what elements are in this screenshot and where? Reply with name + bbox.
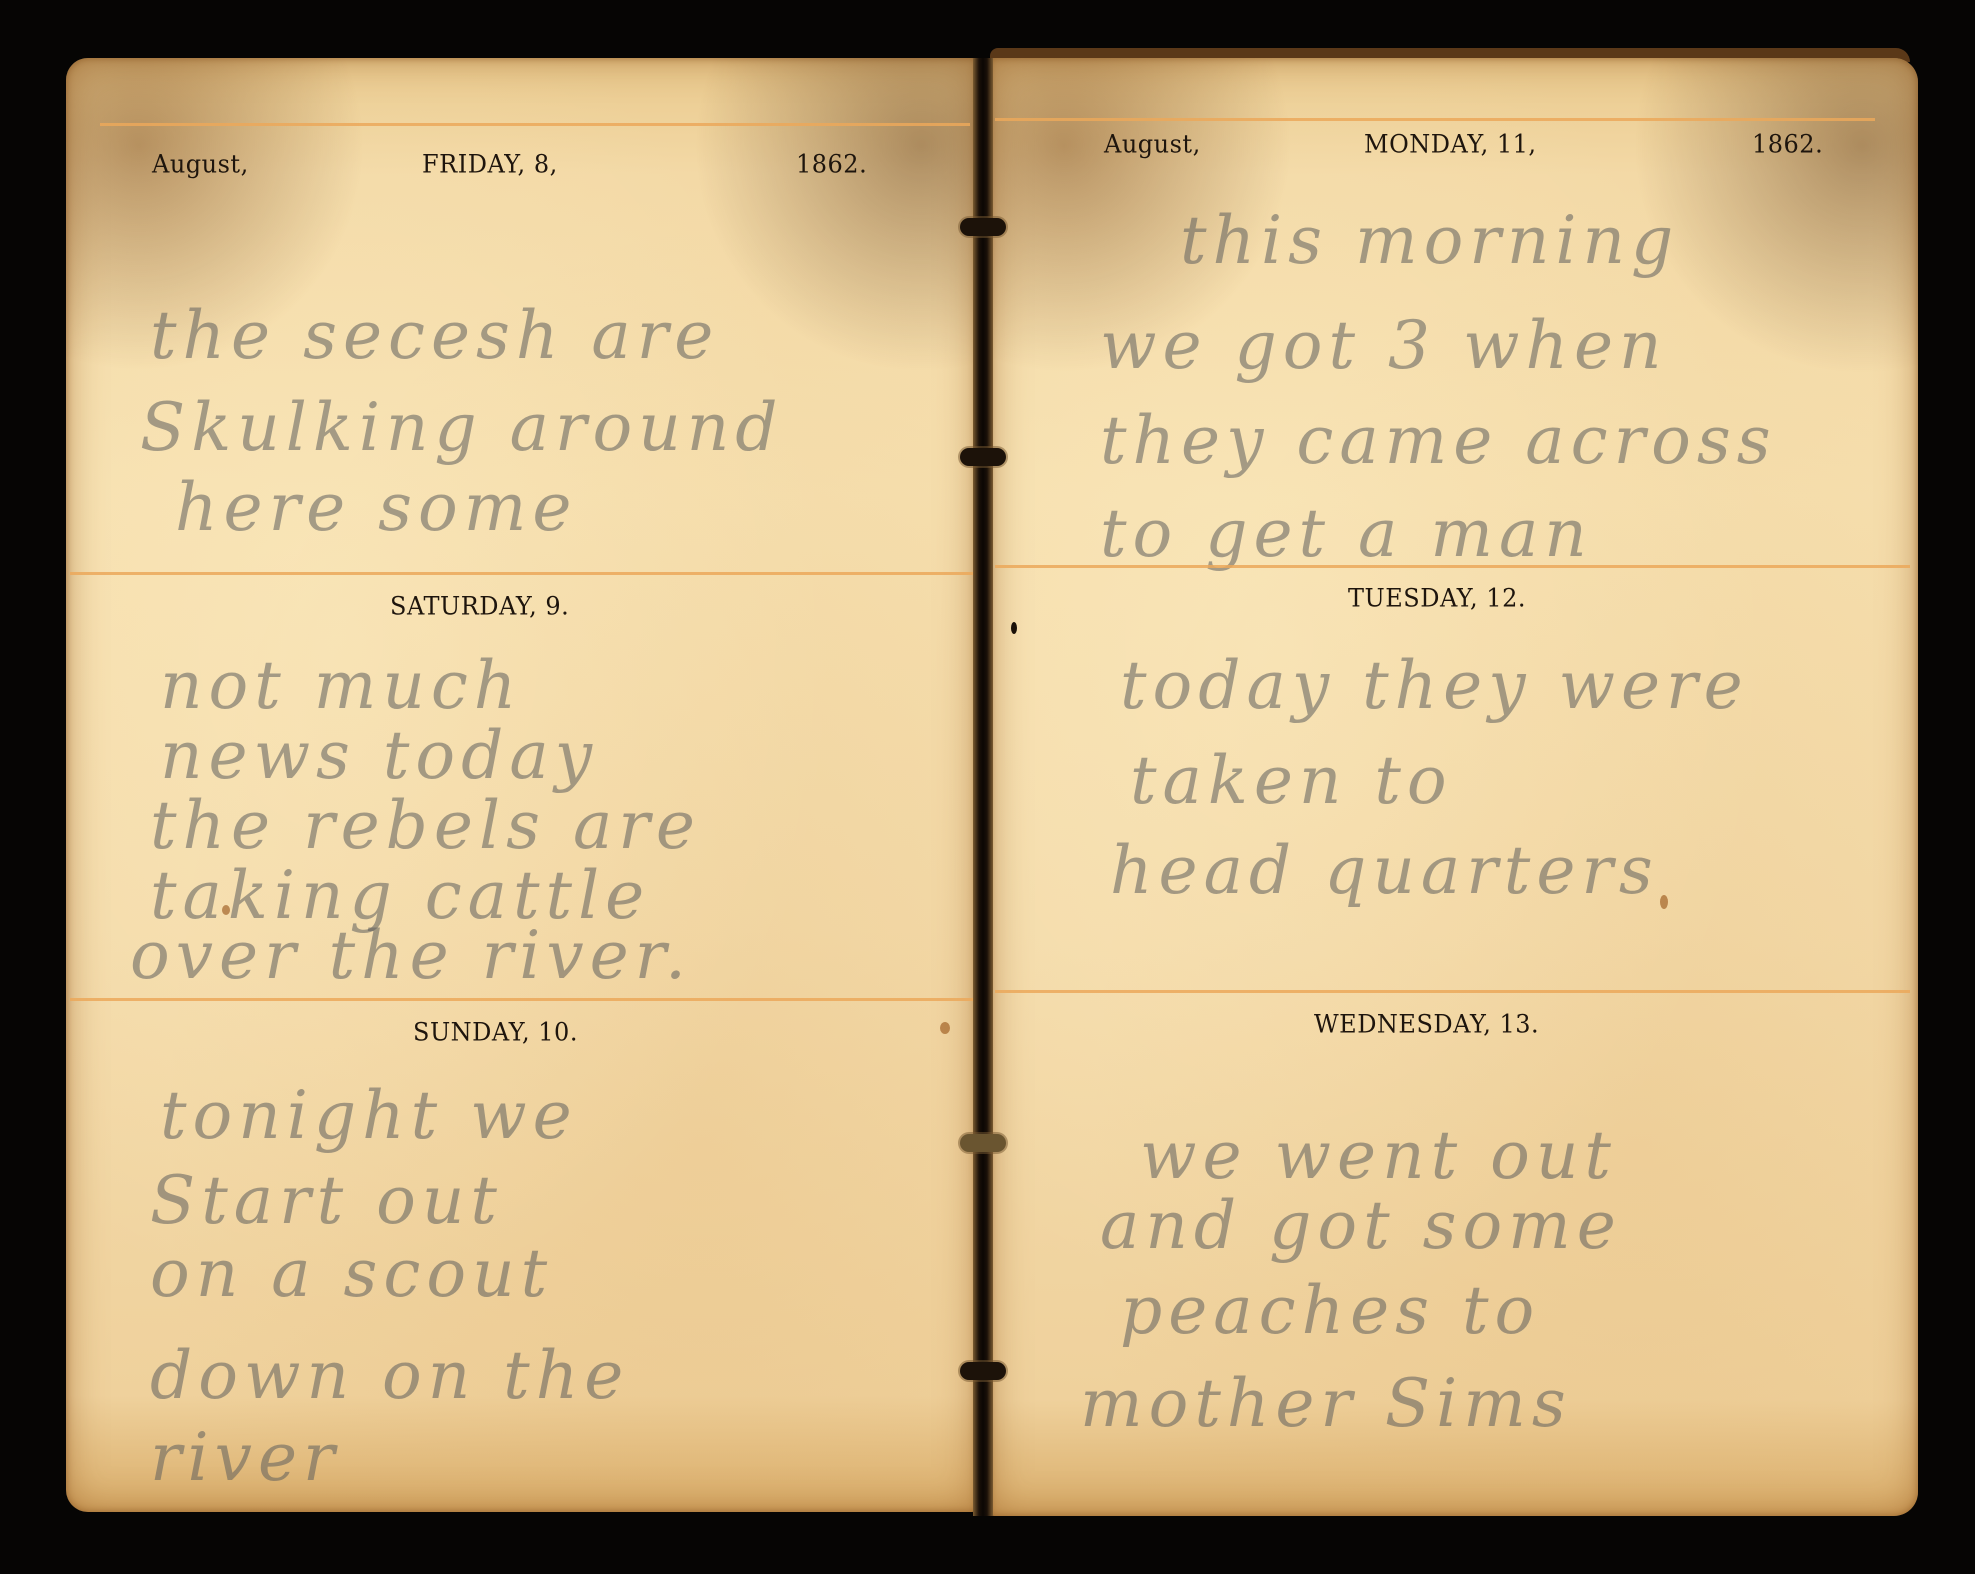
entry-wednesday-line-2: and got some [1100, 1180, 1622, 1272]
entry-saturday-line-5: over the river. [130, 910, 692, 1002]
top-rule-right [995, 118, 1875, 121]
rule-sunday [70, 998, 975, 1001]
entry-monday-line-2: we got 3 when [1100, 300, 1668, 392]
binding-stitch [960, 1362, 1006, 1380]
sunday-label: SUNDAY, 10. [413, 1017, 578, 1046]
right-header-month: August, [1104, 129, 1201, 158]
binding-stitch [960, 1134, 1006, 1152]
entry-friday-line-1: the secesh are [150, 290, 719, 382]
entry-wednesday-line-3: peaches to [1120, 1265, 1540, 1357]
rule-saturday [70, 572, 975, 575]
entry-friday-line-3: here some [175, 462, 577, 554]
left-header-day: FRIDAY, 8, [422, 149, 558, 178]
binding-stitch [960, 218, 1006, 236]
entry-friday-line-2: Skulking around [140, 382, 784, 474]
foxing-spot [222, 905, 230, 915]
entry-sunday-line-3: on a scout [150, 1228, 553, 1320]
entry-tuesday-line-2: taken to [1130, 735, 1453, 827]
binding-stitch [960, 448, 1006, 466]
left-header-year: 1862. [796, 149, 867, 178]
saturday-label: SATURDAY, 9. [390, 591, 569, 620]
foxing-spot [940, 1022, 950, 1034]
entry-tuesday-line-1: today they were [1120, 640, 1749, 732]
book-spine [973, 58, 993, 1516]
rule-tuesday [995, 565, 1910, 568]
wednesday-label: WEDNESDAY, 13. [1314, 1009, 1539, 1038]
right-header-year: 1862. [1752, 129, 1823, 158]
entry-sunday-line-4: down on the [150, 1330, 629, 1422]
right-header-day: MONDAY, 11, [1364, 129, 1537, 158]
entry-tuesday-line-3: head quarters [1110, 825, 1659, 917]
tuesday-label: TUESDAY, 12. [1348, 583, 1526, 612]
top-rule-left [100, 123, 970, 126]
entry-sunday-line-1: tonight we [160, 1070, 578, 1162]
entry-sunday-line-5: river [150, 1412, 341, 1504]
rule-wednesday [995, 990, 1910, 993]
entry-monday-line-1: this morning [1180, 195, 1679, 287]
left-header-month: August, [152, 149, 249, 178]
entry-monday-line-3: they came across [1100, 395, 1777, 487]
foxing-spot [1011, 622, 1017, 634]
diary-scan: August, FRIDAY, 8, 1862. the secesh are … [0, 0, 1975, 1574]
entry-wednesday-line-4: mother Sims [1080, 1358, 1572, 1450]
foxing-spot [1660, 895, 1668, 909]
